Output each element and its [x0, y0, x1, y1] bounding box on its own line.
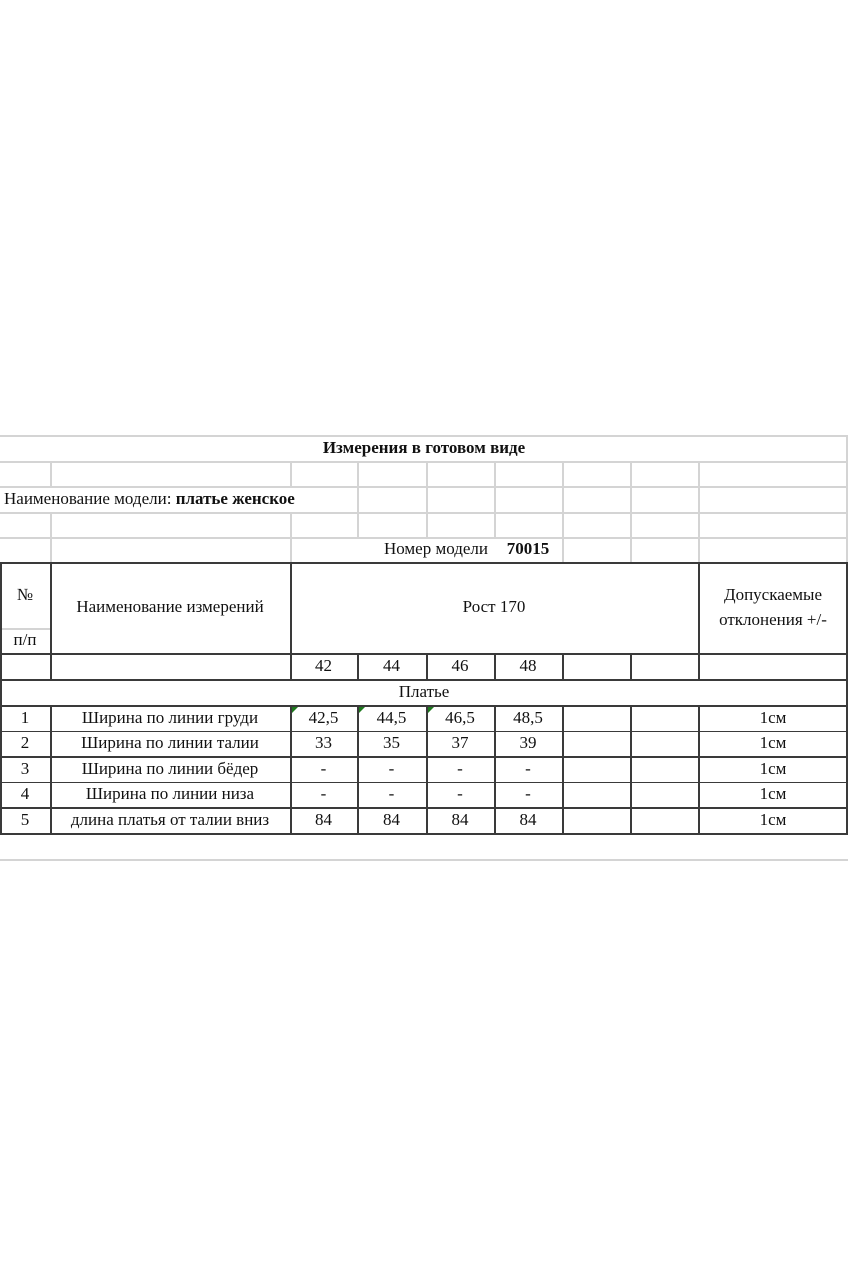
size-header-46: 46 [426, 653, 494, 679]
measurement-value: 33 [290, 731, 357, 757]
grid-line [630, 512, 632, 537]
measurement-value: 37 [426, 731, 494, 757]
grid-line [698, 537, 700, 562]
grid-line [562, 512, 564, 537]
size-header-empty [630, 653, 698, 679]
tolerance-value: 1см [698, 807, 848, 833]
row-number: 5 [0, 807, 50, 833]
grid-line [494, 512, 496, 537]
header-height: Рост 170 [290, 562, 698, 653]
header-tolerance: Допускаемые отклонения +/- [698, 562, 848, 653]
model-name-field: Наименование модели: платье женское [0, 486, 361, 512]
grid-line [562, 537, 564, 562]
measurement-value: 84 [426, 807, 494, 833]
grid-line [494, 486, 496, 512]
size-header-empty [562, 653, 630, 679]
grid-line [0, 833, 848, 835]
model-name-value: платье женское [176, 489, 295, 509]
measurement-value: - [494, 782, 562, 808]
comment-indicator-icon [359, 707, 365, 713]
model-number-label: Номер модели [290, 537, 494, 562]
measurement-name: Ширина по линии талии [50, 731, 290, 757]
grid-line [357, 461, 359, 486]
tolerance-value: 1см [698, 731, 848, 757]
grid-line [50, 537, 52, 562]
measurement-value: - [357, 782, 426, 808]
model-name-label: Наименование модели: [4, 489, 176, 509]
measurement-value [562, 807, 630, 833]
measurement-value [562, 782, 630, 808]
measurement-value: - [357, 756, 426, 782]
size-header-42: 42 [290, 653, 357, 679]
tolerance-value: 1см [698, 756, 848, 782]
measurement-value: 84 [357, 807, 426, 833]
header-number-pp: п/п [0, 628, 50, 653]
measurement-value: - [290, 782, 357, 808]
grid-line [0, 512, 848, 514]
measurement-value [630, 756, 698, 782]
grid-line [426, 512, 428, 537]
measurement-name: Ширина по линии груди [50, 705, 290, 731]
grid-line [50, 512, 52, 537]
measurement-name: Ширина по линии низа [50, 782, 290, 808]
row-number: 3 [0, 756, 50, 782]
grid-line [562, 461, 564, 486]
measurement-value: 35 [357, 731, 426, 757]
grid-line [426, 486, 428, 512]
measurement-value [630, 705, 698, 731]
measurement-value: 84 [494, 807, 562, 833]
grid-line [0, 859, 848, 861]
comment-indicator-icon [292, 707, 298, 713]
header-number-sign: № [0, 562, 50, 628]
size-header-44: 44 [357, 653, 426, 679]
grid-line [357, 512, 359, 537]
row-number: 4 [0, 782, 50, 808]
grid-line [426, 461, 428, 486]
grid-line [494, 461, 496, 486]
tolerance-value: 1см [698, 782, 848, 808]
measurement-value: 48,5 [494, 705, 562, 731]
grid-line [630, 486, 632, 512]
grid-line [290, 512, 292, 537]
grid-line [630, 461, 632, 486]
measurement-value [562, 756, 630, 782]
measurement-name: Ширина по линии бёдер [50, 756, 290, 782]
grid-line [290, 461, 292, 486]
grid-line [0, 461, 848, 463]
measurement-value [630, 731, 698, 757]
spreadsheet: Измерения в готовом видеНаименование мод… [0, 0, 848, 1272]
document-title: Измерения в готовом виде [0, 435, 848, 461]
measurement-value [630, 782, 698, 808]
comment-indicator-icon [428, 707, 434, 713]
measurement-value [562, 731, 630, 757]
grid-line [562, 486, 564, 512]
grid-line [698, 486, 700, 512]
measurement-value: 44,5 [357, 705, 426, 731]
measurement-value: - [426, 756, 494, 782]
measurement-value: 42,5 [290, 705, 357, 731]
row-number: 2 [0, 731, 50, 757]
grid-line [630, 537, 632, 562]
measurement-value: - [494, 756, 562, 782]
grid-line [698, 461, 700, 486]
measurement-name: длина платья от талии вниз [50, 807, 290, 833]
measurement-value: 84 [290, 807, 357, 833]
measurement-value: 46,5 [426, 705, 494, 731]
measurement-value: 39 [494, 731, 562, 757]
measurement-value [630, 807, 698, 833]
header-measurement-name: Наименование измерений [50, 562, 290, 653]
model-number-value: 70015 [494, 537, 562, 562]
section-title: Платье [0, 679, 848, 705]
grid-line [50, 461, 52, 486]
tolerance-value: 1см [698, 705, 848, 731]
measurement-value: - [426, 782, 494, 808]
measurement-value: - [290, 756, 357, 782]
measurement-value [562, 705, 630, 731]
grid-line [698, 512, 700, 537]
size-header-48: 48 [494, 653, 562, 679]
row-number: 1 [0, 705, 50, 731]
